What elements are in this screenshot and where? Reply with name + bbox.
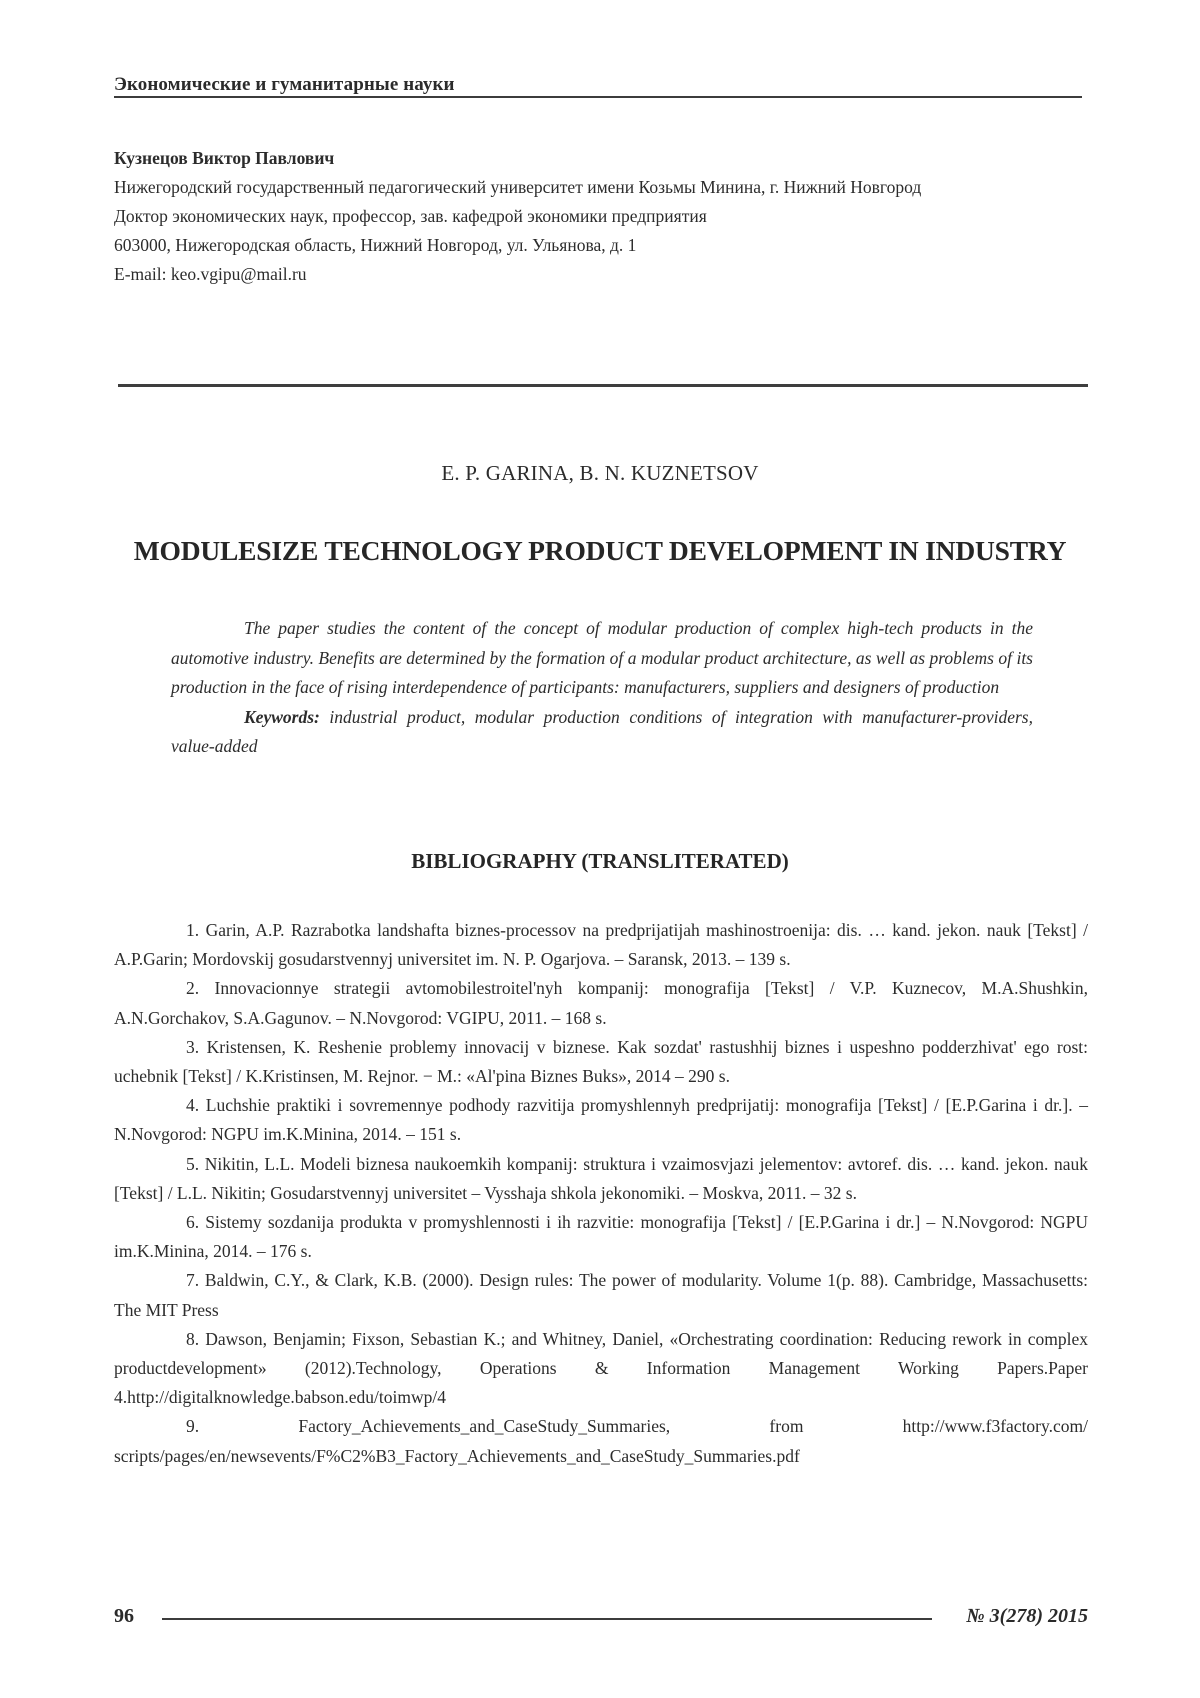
author-affiliation: Нижегородский государственный педагогиче…	[114, 173, 1094, 202]
bibliography-list: 1. Garin, A.P. Razrabotka landshafta biz…	[114, 916, 1088, 1471]
keywords-label: Keywords:	[244, 707, 320, 727]
section-title: Экономические и гуманитарные науки	[114, 74, 1082, 96]
bibliography-item: 3. Kristensen, K. Reshenie problemy inno…	[114, 1033, 1088, 1091]
bibliography-item: 9. Factory_Achievements_and_CaseStudy_Su…	[114, 1412, 1088, 1470]
keywords: Keywords: industrial product, modular pr…	[171, 703, 1033, 762]
author-info: Кузнецов Виктор Павлович Нижегородский г…	[114, 144, 1094, 289]
page-footer: 96 № 3(278) 2015	[114, 1604, 1090, 1632]
bibliography-item: 7. Baldwin, C.Y., & Clark, K.B. (2000). …	[114, 1266, 1088, 1324]
running-header: Экономические и гуманитарные науки	[114, 74, 1082, 100]
article-authors: E. P. GARINA, B. N. KUZNETSOV	[0, 460, 1200, 486]
abstract: The paper studies the content of the con…	[171, 614, 1033, 762]
bibliography-item: 8. Dawson, Benjamin; Fixson, Sebastian K…	[114, 1325, 1088, 1413]
author-email: E-mail: keo.vgipu@mail.ru	[114, 260, 1094, 289]
bibliography-item: 2. Innovacionnye strategii avtomobilestr…	[114, 974, 1088, 1032]
header-rule	[114, 96, 1082, 98]
author-position: Доктор экономических наук, профессор, за…	[114, 202, 1094, 231]
footer-rule	[162, 1618, 932, 1620]
bibliography-item: 1. Garin, A.P. Razrabotka landshafta biz…	[114, 916, 1088, 974]
author-address: 603000, Нижегородская область, Нижний Но…	[114, 231, 1094, 260]
bibliography-heading: BIBLIOGRAPHY (TRANSLITERATED)	[0, 848, 1200, 874]
abstract-text: The paper studies the content of the con…	[171, 614, 1033, 703]
section-divider	[118, 384, 1088, 387]
issue-number: № 3(278) 2015	[966, 1604, 1088, 1628]
journal-page: Экономические и гуманитарные науки Кузне…	[0, 0, 1200, 1698]
article-title: MODULESIZE TECHNOLOGY PRODUCT DEVELOPMEN…	[114, 534, 1086, 568]
bibliography-item: 4. Luchshie praktiki i sovremennye podho…	[114, 1091, 1088, 1149]
bibliography-item: 6. Sistemy sozdanija produkta v promyshl…	[114, 1208, 1088, 1266]
bibliography-item: 5. Nikitin, L.L. Modeli biznesa naukoemk…	[114, 1150, 1088, 1208]
author-name: Кузнецов Виктор Павлович	[114, 144, 1094, 173]
page-number: 96	[114, 1604, 134, 1628]
